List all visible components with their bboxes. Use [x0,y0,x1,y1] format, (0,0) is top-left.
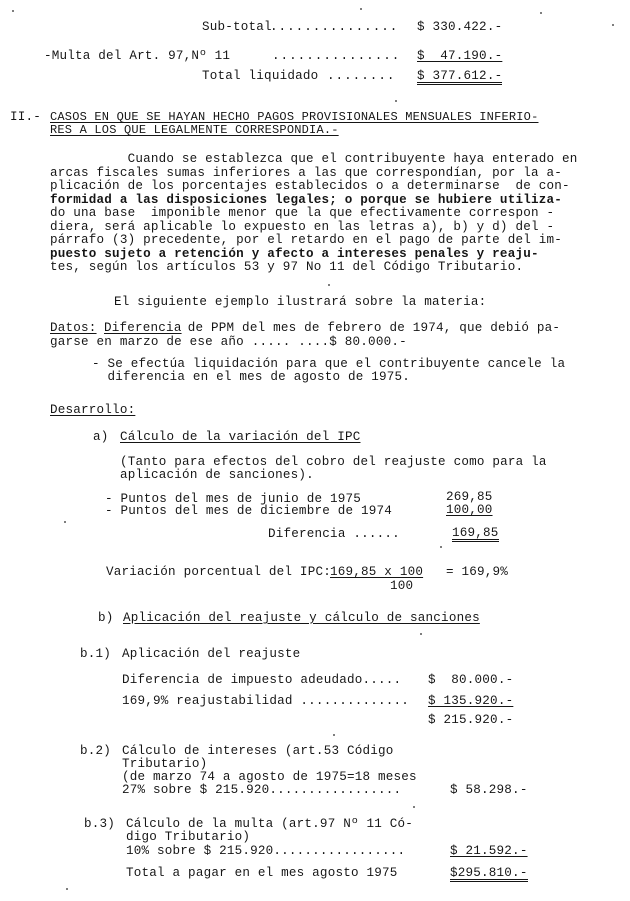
paragraph-line: arcas fiscales sumas inferiores a las qu… [50,167,562,179]
datos-bullet-line1: - Se efectúa liquidación para que el con… [92,358,565,370]
datos-bullet-line2: diferencia en el mes de agosto de 1975. [92,371,410,383]
scan-speck [360,8,362,10]
paragraph-line: do una base imponible menor que la que e… [50,207,554,219]
reajuste-row-label: Diferencia de impuesto adeudado..... [122,674,401,686]
multa-dots: ............... [272,50,400,62]
item-a-title: Cálculo de la variación del IPC [120,431,360,443]
item-b3-title-line1: Cálculo de la multa (art.97 Nº 11 Có- [126,818,413,830]
total-liquidado-label: Total liquidado [202,70,318,82]
scan-speck [64,521,66,523]
multa-label: -Multa del Art. 97,Nº 11 [44,50,230,62]
scan-speck [612,24,614,26]
scan-speck [328,284,330,286]
item-b2-period: (de marzo 74 a agosto de 1975=18 meses [122,771,417,783]
datos-line2: garse en marzo de ese año ..... ....$ 80… [50,336,407,348]
scan-speck [440,546,442,548]
reajuste-row-value: $ 135.920.- [428,695,513,707]
scan-speck [420,633,422,635]
total-dots: ........ [327,70,395,82]
item-b-marker: b) [98,612,114,624]
item-b2-marker: b.2) [80,745,111,757]
paragraph-line: formidad a las disposiciones legales; o … [50,194,562,206]
reajuste-row-label: 169,9% reajustabilidad .............. [122,695,409,707]
paragraph-line: tes, según los artículos 53 y 97 No 11 d… [50,261,523,273]
paragraph-line: Cuando se establezca que el contribuyent… [50,153,578,165]
item-a-note-line1: (Tanto para efectos del cobro del reajus… [120,456,547,468]
diferencia-label: Diferencia ...... [268,528,400,540]
puntos-row-value: 100,00 [446,504,493,516]
item-b1-title: Aplicación del reajuste [122,648,300,660]
puntos-row-value: 269,85 [446,491,493,503]
reajuste-row-value: $ 80.000.- [428,674,513,686]
document-page: Sub-total ............... $ 330.422.- -M… [0,0,630,901]
scan-speck [12,10,14,12]
multa-value: $ 47.190.- [417,50,502,62]
variacion-result: = 169,9% [446,566,508,578]
paragraph-line: diera, será aplicable lo expuesto en las… [50,221,554,233]
total-a-pagar-label: Total a pagar en el mes agosto 1975 [126,867,398,879]
total-a-pagar-value: $295.810.- [450,867,528,882]
section-title-line2: RES A LOS QUE LEGALMENTE CORRESPONDIA.- [50,124,339,136]
paragraph-line: párrafo (3) precedente, por el retardo e… [50,234,562,246]
total-liquidado-value: $ 377.612.- [417,70,502,85]
scan-speck [413,806,415,808]
intereses-label: 27% sobre $ 215.920................. [122,784,401,796]
item-a-marker: a) [93,431,109,443]
variacion-denominator: 100 [390,580,413,592]
section-title-line1: CASOS EN QUE SE HAYAN HECHO PAGOS PROVIS… [50,111,538,123]
variacion-numerator: 169,85 x 100 [330,566,423,578]
multa-calc-value: $ 21.592.- [450,845,528,857]
scan-speck [540,12,542,14]
item-b2-title-line1: Cálculo de intereses (art.53 Código [122,745,394,757]
subtotal-value: $ 330.422.- [417,21,502,33]
datos-diferencia: Diferencia [104,322,182,334]
item-b1-marker: b.1) [80,648,111,660]
example-intro: El siguiente ejemplo ilustrará sobre la … [114,296,486,308]
item-b2-title-line2: Tributario) [122,758,207,770]
subtotal-dots: ............... [270,21,398,33]
multa-calc-label: 10% sobre $ 215.920................. [126,845,405,857]
subtotal-label: Sub-total [202,21,272,33]
scan-speck [66,888,68,890]
reajuste-total: $ 215.920.- [428,714,513,726]
intereses-value: $ 58.298.- [450,784,528,796]
paragraph-line: puesto sujeto a retención y afecto a int… [50,248,539,260]
datos-line1: de PPM del mes de febrero de 1974, que d… [180,322,560,334]
variacion-label: Variación porcentual del IPC: [106,566,331,578]
datos-label: Datos: [50,322,97,334]
paragraph-line: plicación de los porcentajes establecido… [50,180,570,192]
item-b3-title-line2: digo Tributario) [126,831,250,843]
scan-speck [333,734,335,736]
scan-speck [395,100,397,102]
item-b3-marker: b.3) [84,818,115,830]
item-a-note-line2: aplicación de sanciones). [120,469,314,481]
item-b-title: Aplicación del reajuste y cálculo de san… [123,612,480,624]
section-number: II.- [10,111,41,123]
puntos-row-label: - Puntos del mes de diciembre de 1974 [105,505,392,517]
desarrollo-label: Desarrollo: [50,404,135,416]
diferencia-value: 169,85 [452,527,499,542]
